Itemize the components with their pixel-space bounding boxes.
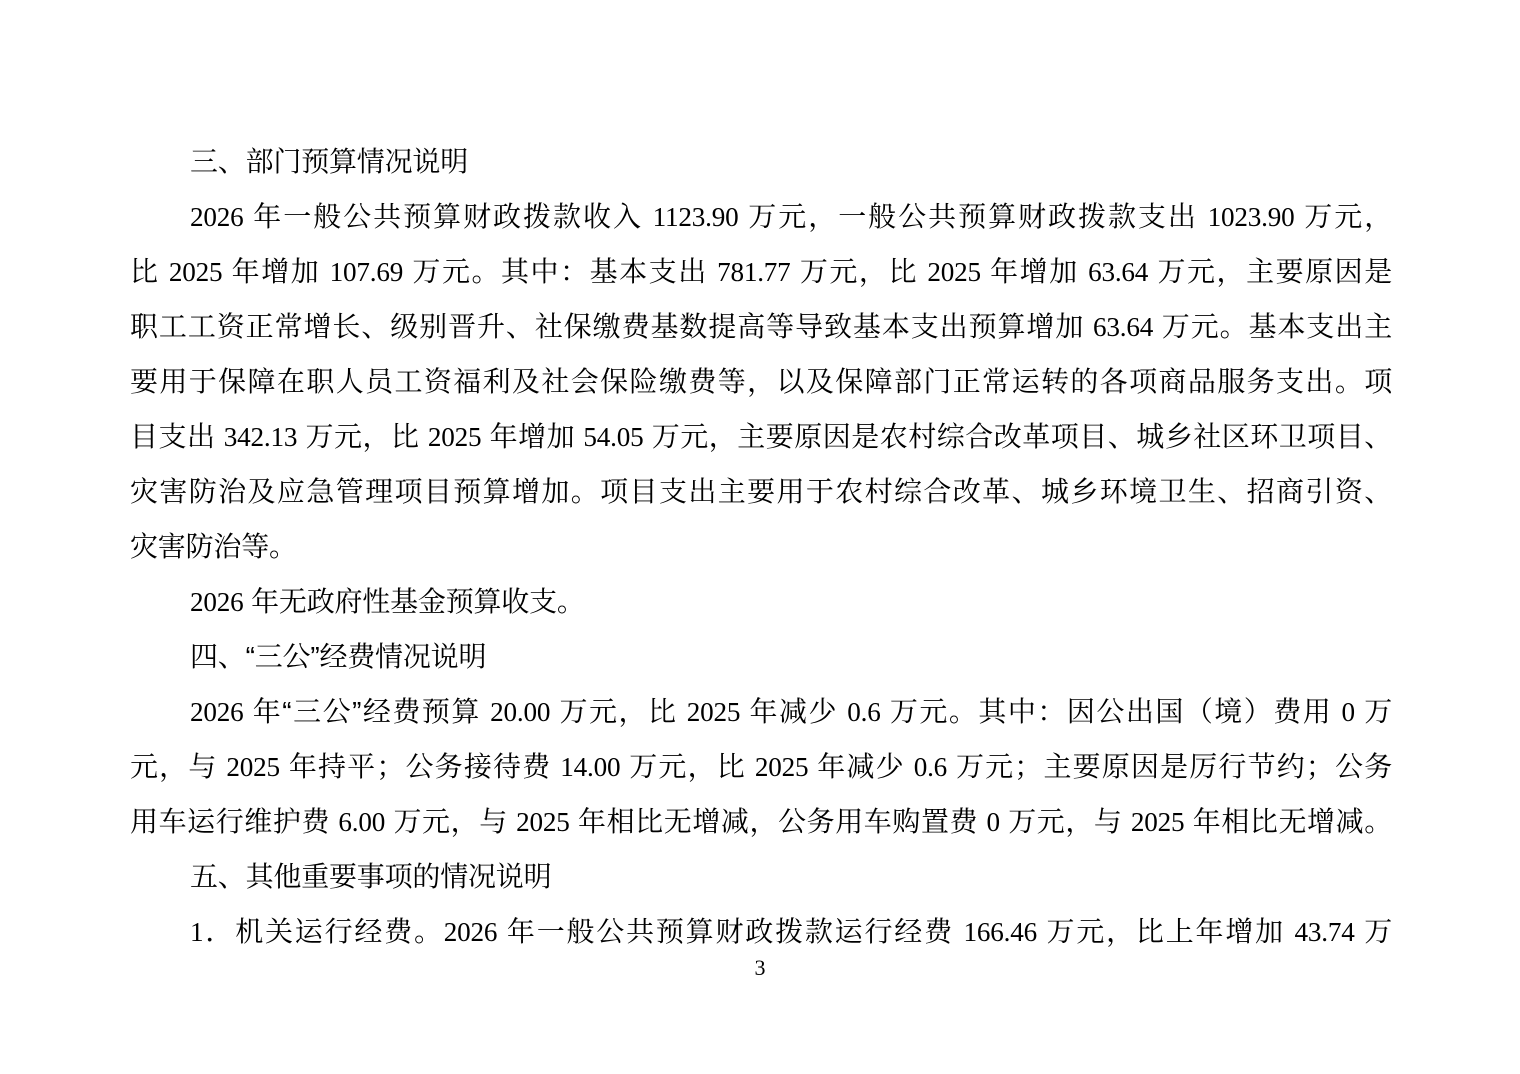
numeric-value: 0 (986, 807, 999, 837)
para-budget-overview-line-1: 2026 年一般公共预算财政拨款收入 1123.90 万元，一般公共预算财政拨款… (130, 189, 1392, 244)
para-budget-overview-line-2: 比 2025 年增加 107.69 万元。其中：基本支出 781.77 万元，比… (130, 244, 1392, 299)
numeric-value: 43.74 (1295, 917, 1355, 947)
document-page: 三、部门预算情况说明2026 年一般公共预算财政拨款收入 1123.90 万元，… (0, 0, 1520, 1074)
numeric-value: 63.64 (1093, 312, 1153, 342)
numeric-value: 2026 (190, 587, 244, 617)
para-gov-fund-line-1: 2026 年无政府性基金预算收支。 (130, 574, 1392, 629)
para-budget-overview-line-7: 灾害防治等。 (130, 519, 1392, 574)
numeric-value: 781.77 (717, 257, 790, 287)
document-body: 三、部门预算情况说明2026 年一般公共预算财政拨款收入 1123.90 万元，… (130, 134, 1392, 959)
page-number: 3 (0, 948, 1520, 988)
numeric-value: 1023.90 (1208, 202, 1295, 232)
numeric-value: 63.64 (1088, 257, 1148, 287)
numeric-value: 2025 (755, 752, 809, 782)
para-budget-overview-line-3: 职工工资正常增长、级别晋升、社保缴费基数提高等导致基本支出预算增加 63.64 … (130, 299, 1392, 354)
heading-section-5: 五、其他重要事项的情况说明 (130, 849, 1392, 904)
numeric-value: 6.00 (338, 807, 385, 837)
numeric-value: 166.46 (963, 917, 1036, 947)
para-budget-overview-line-4: 要用于保障在职人员工资福利及社会保险缴费等，以及保障部门正常运转的各项商品服务支… (130, 354, 1392, 409)
para-three-public-funds-line-2: 元，与 2025 年持平；公务接待费 14.00 万元，比 2025 年减少 0… (130, 739, 1392, 794)
numeric-value: 2025 (1131, 807, 1185, 837)
heading-section-4: 四、“三公”经费情况说明 (130, 629, 1392, 684)
heading-section-3: 三、部门预算情况说明 (130, 134, 1392, 189)
numeric-value: 2025 (687, 697, 741, 727)
numeric-value: 2025 (516, 807, 570, 837)
numeric-value: 0 (1342, 697, 1355, 727)
numeric-value: 1123.90 (653, 202, 739, 232)
para-three-public-funds-line-3: 用车运行维护费 6.00 万元，与 2025 年相比无增减，公务用车购置费 0 … (130, 794, 1392, 849)
numeric-value: 2025 (428, 422, 482, 452)
numeric-value: 20.00 (490, 697, 550, 727)
para-budget-overview-line-5: 目支出 342.13 万元，比 2025 年增加 54.05 万元，主要原因是农… (130, 409, 1392, 464)
numeric-value: 2025 (169, 257, 223, 287)
para-three-public-funds-line-1: 2026 年“三公”经费预算 20.00 万元，比 2025 年减少 0.6 万… (130, 684, 1392, 739)
numeric-value: 342.13 (224, 422, 297, 452)
numeric-value: 54.05 (583, 422, 643, 452)
numeric-value: 2025 (927, 257, 981, 287)
numeric-value: 0.6 (847, 697, 880, 727)
numeric-value: 2026 (190, 697, 244, 727)
numeric-value: 2025 (226, 752, 280, 782)
numeric-value: 2026 (190, 202, 244, 232)
numeric-value: 14.00 (560, 752, 620, 782)
numeric-value: 2026 (444, 917, 498, 947)
numeric-value: 0.6 (914, 752, 947, 782)
numeric-value: 1 (190, 917, 203, 947)
numeric-value: 107.69 (330, 257, 403, 287)
para-budget-overview-line-6: 灾害防治及应急管理项目预算增加。项目支出主要用于农村综合改革、城乡环境卫生、招商… (130, 464, 1392, 519)
